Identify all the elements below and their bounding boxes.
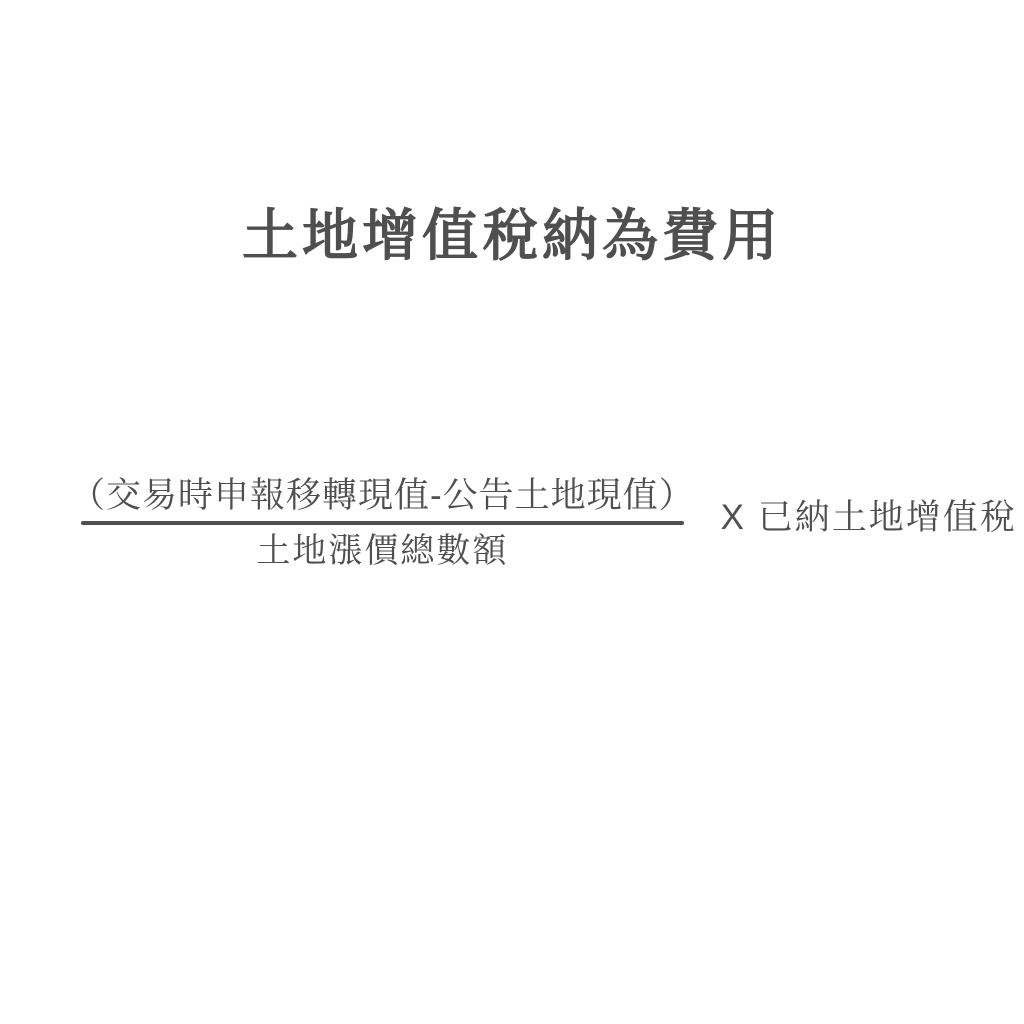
slide-canvas: 土地增值稅納為費用 （交易時申報移轉現值-公告土地現值） 土地漲價總數額 X 已… — [0, 0, 1024, 1024]
slide-title: 土地增值稅納為費用 — [0, 192, 1024, 272]
fraction: （交易時申報移轉現值-公告土地現值） 土地漲價總數額 — [68, 472, 697, 573]
fraction-bar — [81, 521, 684, 525]
fraction-denominator: 土地漲價總數額 — [256, 529, 508, 573]
formula: （交易時申報移轉現值-公告土地現值） 土地漲價總數額 X 已納土地增值稅 — [68, 472, 1017, 573]
formula-multiplier: X 已納土地增值稅 — [721, 490, 1017, 540]
fraction-numerator: （交易時申報移轉現值-公告土地現值） — [68, 472, 697, 519]
